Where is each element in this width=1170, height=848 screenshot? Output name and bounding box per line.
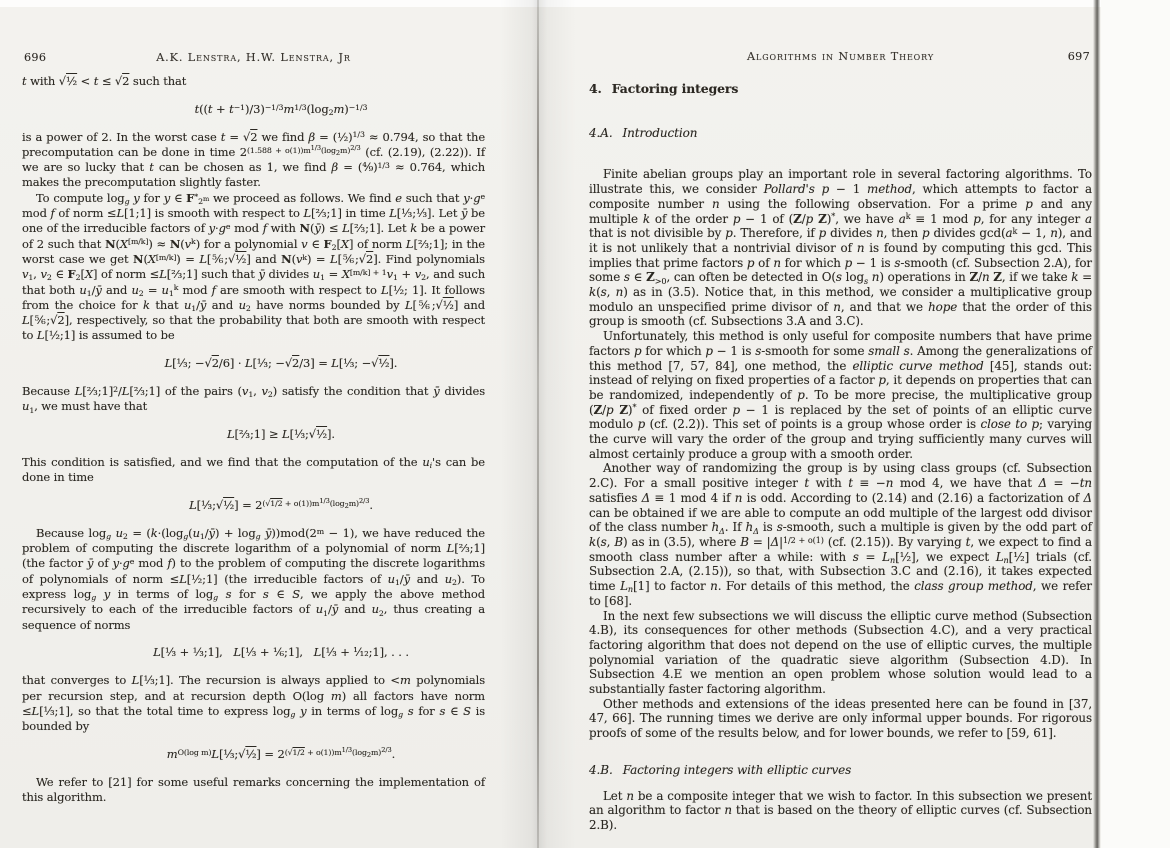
- left-display-formula-5: L[⅓ + ⅓;1], L[⅓ + ⅙;1], L[⅓ + ¹⁄₁₂;1], .…: [22, 645, 485, 660]
- left-display-formula-2: L[⅓; −√2/6] · L[⅓; −√2/3] = L[⅓; −√½].: [22, 356, 485, 371]
- section-heading: 4.Factoring integers: [589, 82, 1092, 97]
- right-paragraph-6: Let n be a composite integer that we wis…: [589, 789, 1092, 833]
- right-paragraph-5: Other methods and extensions of the idea…: [589, 697, 1092, 741]
- scanned-book-spread: 696 A.K. Lenstra, H.W. Lenstra, Jr t wit…: [0, 0, 1170, 848]
- right-page-number: 697: [1068, 50, 1090, 65]
- right-running-head: Algorithms in Number Theory: [589, 50, 1092, 65]
- section-number: 4.: [589, 81, 602, 96]
- right-paragraph-2: Unfortunately, this method is only usefu…: [589, 329, 1092, 461]
- left-display-formula-6: mO(log m)L[⅓;√½] = 2(√1/2 + o(1))m1/3(lo…: [22, 747, 485, 762]
- subsection-a-heading: 4.A.Introduction: [589, 126, 1092, 141]
- left-paragraph-7: that converges to L[⅓;1]. The recursion …: [22, 673, 485, 734]
- left-paragraph-3: To compute logg y for y ∈ F*2m we procee…: [22, 191, 485, 344]
- right-paragraph-4: In the next few subsections we will disc…: [589, 609, 1092, 697]
- left-page: 696 A.K. Lenstra, H.W. Lenstra, Jr t wit…: [22, 50, 485, 805]
- left-paragraph-8: We refer to [21] for some useful remarks…: [22, 775, 485, 806]
- left-page-number: 696: [24, 50, 46, 65]
- right-page: Algorithms in Number Theory 697 4.Factor…: [589, 50, 1092, 833]
- right-paragraph-1: Finite abelian groups play an important …: [589, 167, 1092, 329]
- subsection-b-number: 4.B.: [589, 763, 613, 777]
- left-page-header: 696 A.K. Lenstra, H.W. Lenstra, Jr: [22, 50, 485, 65]
- subsection-b-title: Factoring integers with elliptic curves: [623, 763, 852, 777]
- left-paragraph-6: Because logg u2 = (k·(logg(u1/ȳ) + logg …: [22, 526, 485, 633]
- left-running-head: A.K. Lenstra, H.W. Lenstra, Jr: [22, 50, 485, 65]
- scanner-background: [1101, 0, 1170, 848]
- subsection-b-heading: 4.B.Factoring integers with elliptic cur…: [589, 763, 1092, 778]
- left-display-formula-4: L[⅓;√½] = 2(√1/2 + o(1))m1/3(log2m)2/3.: [22, 498, 485, 513]
- page-edge-line: [1093, 0, 1100, 848]
- left-paragraph-2: is a power of 2. In the worst case t = √…: [22, 130, 485, 191]
- right-paragraph-3: Another way of randomizing the group is …: [589, 461, 1092, 608]
- left-paragraph-4: Because L[⅔;1]2/L[⅔;1] of the pairs (v1,…: [22, 384, 485, 415]
- right-page-header: Algorithms in Number Theory 697: [589, 50, 1092, 65]
- left-display-formula-1: t((t + t−1)/3)−1/3m1/3(log2m)−1/3: [22, 102, 485, 117]
- section-title: Factoring integers: [612, 81, 738, 96]
- left-paragraph-1: t with √½ < t ≤ √2 such that: [22, 74, 485, 89]
- left-paragraph-5: This condition is satisfied, and we find…: [22, 455, 485, 486]
- left-display-formula-3: L[⅔;1] ≥ L[⅓;√½].: [22, 427, 485, 442]
- subsection-a-title: Introduction: [623, 126, 698, 140]
- page-gutter-line: [537, 0, 539, 848]
- subsection-a-number: 4.A.: [589, 126, 613, 140]
